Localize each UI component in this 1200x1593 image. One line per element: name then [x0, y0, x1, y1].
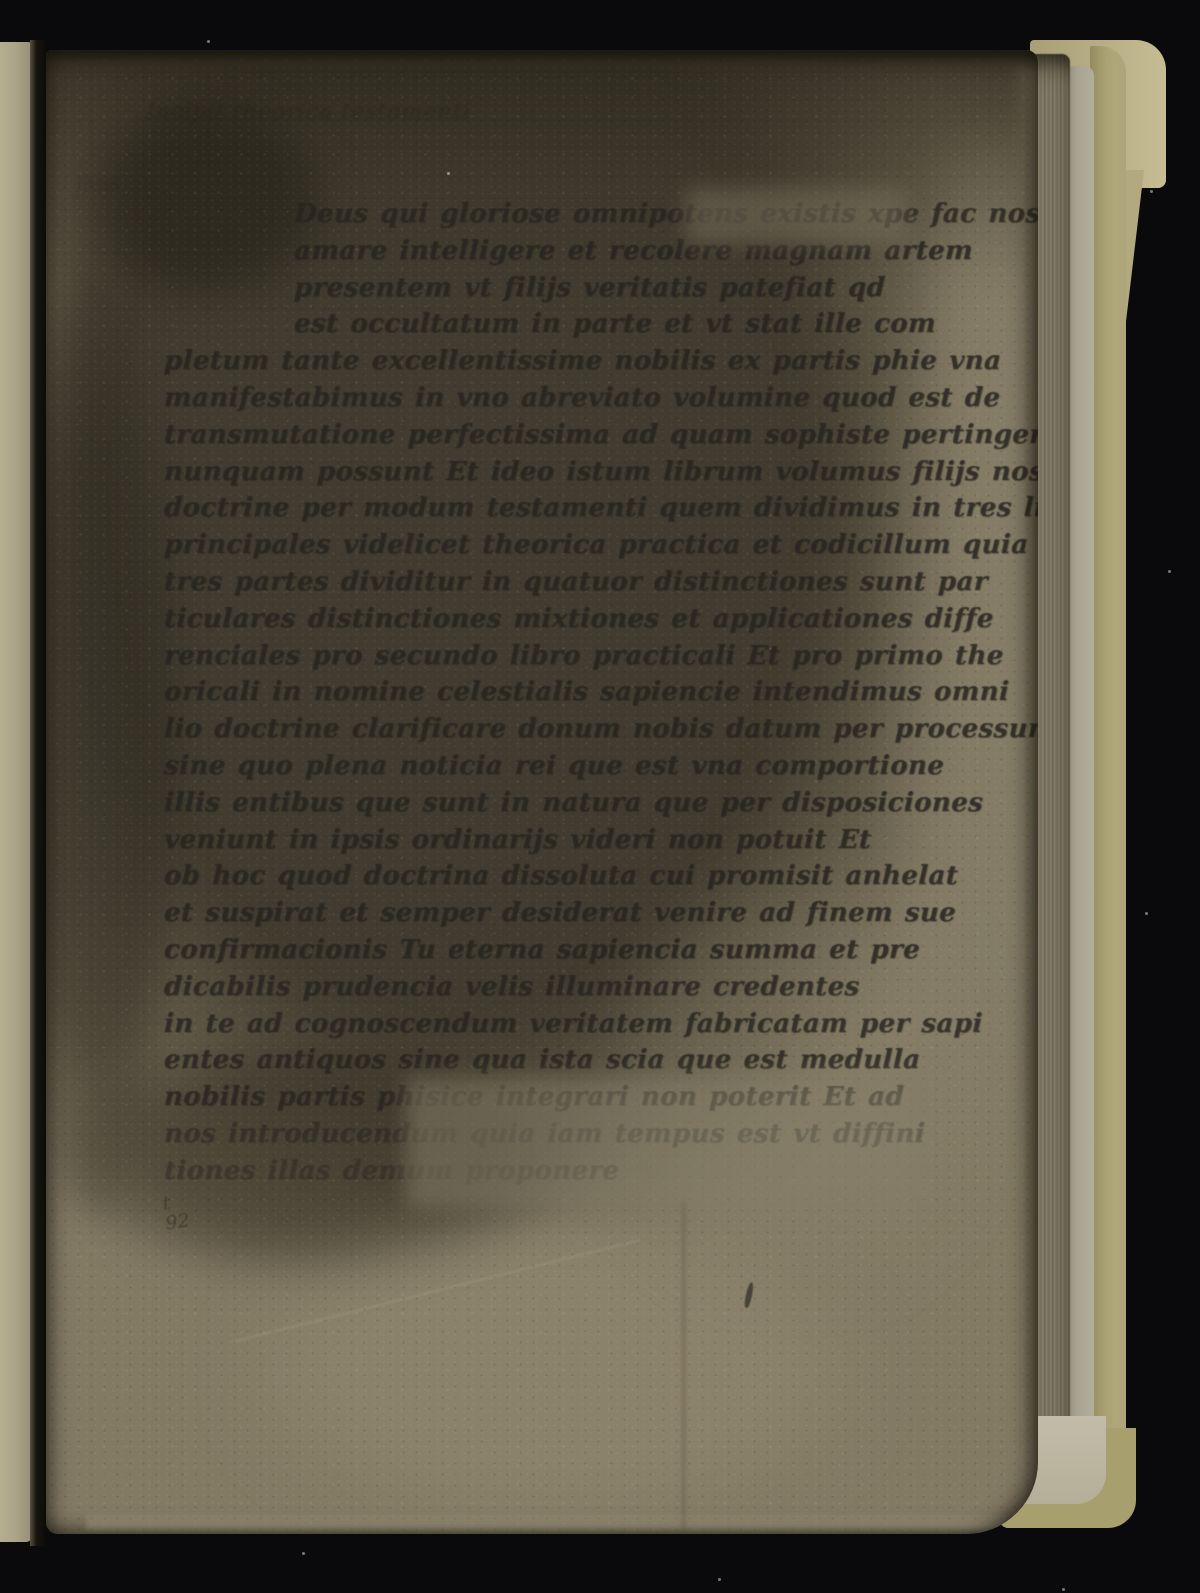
- vellum-cover-edge: [1090, 46, 1126, 1508]
- manuscript-line: renciales pro secundo libro practicali E…: [163, 638, 876, 675]
- dust-speck: [1150, 190, 1153, 193]
- manuscript-line: presentem vt filijs veritatis patefiat q…: [163, 270, 876, 307]
- page-bottom-edge: [86, 1512, 1006, 1530]
- manuscript-line: lio doctrine clarificare donum nobis dat…: [163, 711, 876, 748]
- manuscript-line: est occultatum in parte et vt stat ille …: [163, 306, 876, 343]
- manuscript-line: dicabilis prudencia velis illuminare cre…: [163, 969, 876, 1006]
- manuscript-line: sine quo plena noticia rei que est vna c…: [163, 748, 876, 785]
- dust-speck: [1168, 570, 1171, 573]
- dust-speck: [447, 172, 450, 175]
- dust-speck: [1062, 1588, 1065, 1591]
- manuscript-line: oricali in nomine celestialis sapiencie …: [163, 674, 876, 711]
- manuscript-page: Incipit theorica testamenti Jhus Deus qu…: [46, 50, 1038, 1534]
- manuscript-line: confirmacionis Tu eterna sapiencia summa…: [163, 932, 876, 969]
- manuscript-line: in te ad cognoscendum veritatem fabricat…: [163, 1006, 876, 1043]
- manuscript-line: doctrine per modum testamenti quem divid…: [163, 490, 876, 527]
- dust-speck: [718, 1578, 721, 1581]
- manuscript-line: ob hoc quod doctrina dissoluta cui promi…: [163, 858, 876, 895]
- page-crease: [682, 1200, 685, 1530]
- manuscript-line: ticulares distinctiones mixtiones et app…: [163, 601, 876, 638]
- gutter-shadow: [30, 40, 46, 1546]
- manuscript-line: principales videlicet theorica practica …: [163, 527, 876, 564]
- margin-note: Jhus: [73, 170, 122, 199]
- manuscript-line: veniunt in ipsis ordinarijs videri non p…: [163, 822, 876, 859]
- manuscript-line: nunquam possunt Et ideo istum librum vol…: [163, 454, 876, 491]
- manuscript-line: pletum tante excellentissime nobilis ex …: [163, 343, 876, 380]
- quire-mark-bottom: 92: [164, 1210, 191, 1233]
- photo-canvas: Incipit theorica testamenti Jhus Deus qu…: [0, 0, 1200, 1593]
- dust-speck: [207, 40, 210, 43]
- faded-ink-wash: [406, 1078, 926, 1208]
- rubric-incipit: Incipit theorica testamenti: [145, 100, 471, 125]
- manuscript-line: illis entibus que sunt in natura que per…: [163, 785, 876, 822]
- manuscript-line: transmutatione perfectissima ad quam sop…: [163, 417, 876, 454]
- manuscript-text: Deus qui gloriose omnipotens existis xpe…: [164, 196, 876, 1190]
- page-top-torn-edge: [46, 50, 1038, 72]
- manuscript-line: et suspirat et semper desiderat venire a…: [163, 895, 876, 932]
- dust-speck: [1145, 912, 1148, 915]
- manuscript-line: tres partes dividitur in quatuor distinc…: [163, 564, 876, 601]
- facing-leaf-edge: [0, 42, 32, 1542]
- faded-ink-wash: [686, 188, 906, 244]
- manuscript-line: manifestabimus in vno abreviato volumine…: [163, 380, 876, 417]
- manuscript-line: entes antiquos sine qua ista scia que es…: [163, 1042, 876, 1079]
- dust-speck: [302, 1552, 305, 1555]
